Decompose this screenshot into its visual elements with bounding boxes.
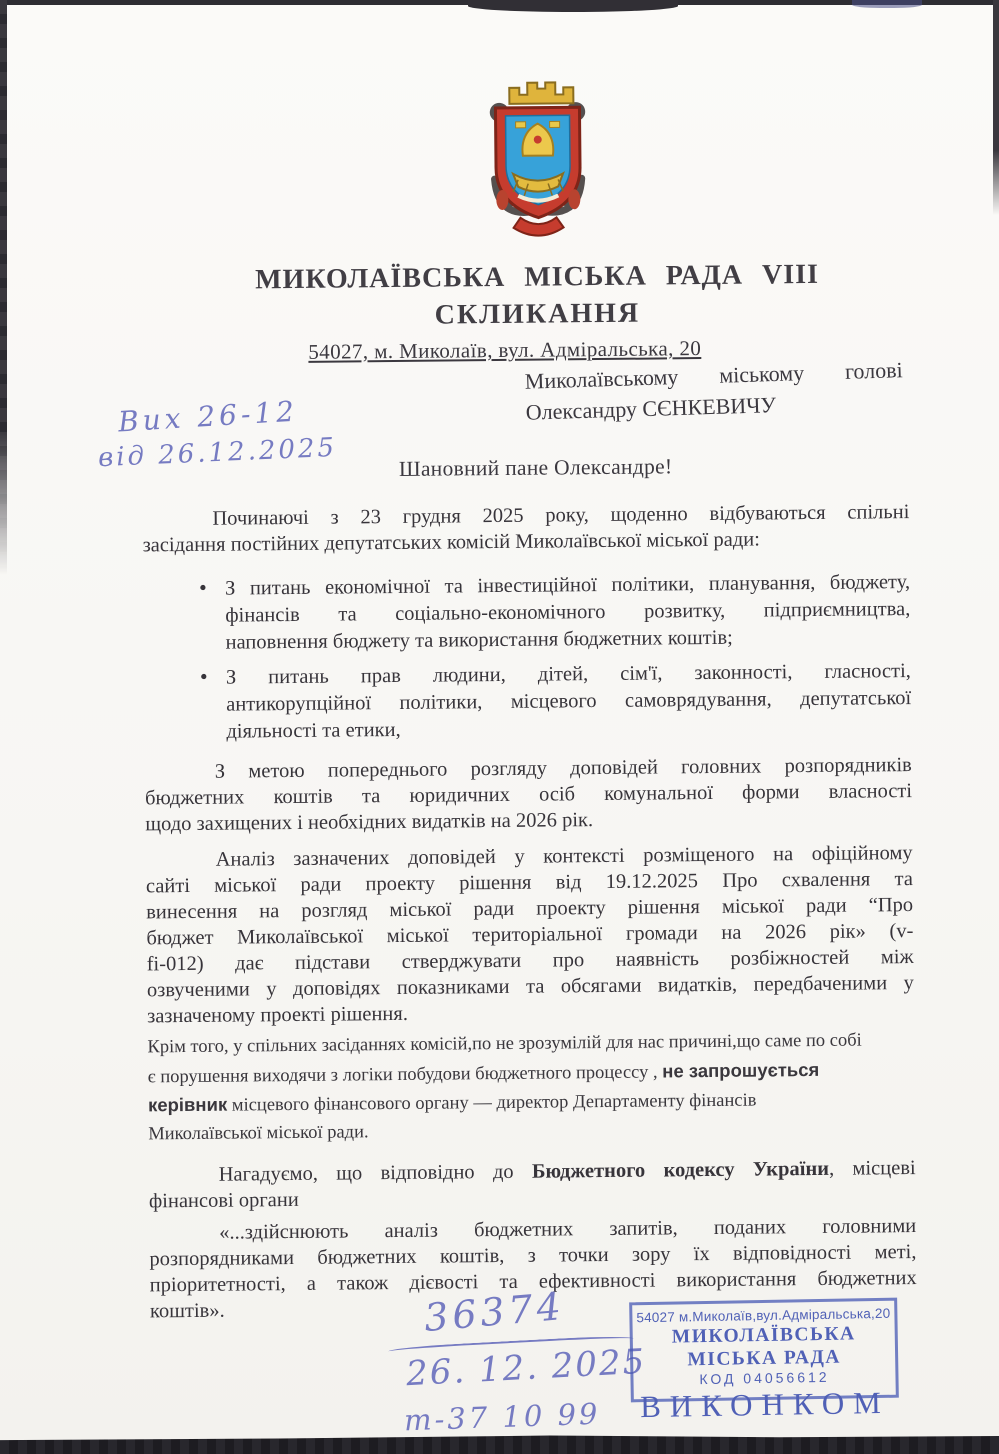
photo-edge-shadow bbox=[852, 0, 922, 8]
paragraph-reminder: Нагадуємо, що відповідно до Бюджетного к… bbox=[149, 1155, 916, 1214]
photo-edge-left bbox=[0, 0, 7, 575]
handwritten-phone-number: т-37 10 99 bbox=[403, 1397, 601, 1438]
letterhead: МИКОЛАЇВСЬКА МІСЬКА РАДА VIII СКЛИКАННЯ … bbox=[78, 255, 997, 367]
mykolaiv-coat-of-arms-icon bbox=[457, 69, 619, 243]
paragraph-complaint: Крім того, у спільних засіданнях комісій… bbox=[147, 1027, 915, 1148]
bullet-icon: • bbox=[200, 663, 208, 690]
bullet-icon: • bbox=[199, 574, 207, 601]
printed-letter: МИКОЛАЇВСЬКА МІСЬКА РАДА VIII СКЛИКАННЯ … bbox=[0, 0, 999, 1454]
letter-body: Починаючі з 23 грудня 2025 року, щоденно… bbox=[142, 499, 917, 1324]
bullet-item-2: • З питань прав людини, дітей, сім'ї, за… bbox=[144, 658, 912, 746]
stamp-title: ВИКОНКОМ bbox=[634, 1385, 897, 1426]
photo-edge-right bbox=[993, 0, 999, 215]
photo-edge-shadow bbox=[468, 0, 678, 12]
vykonkom-stamp: 54027 м.Миколаїв,вул.Адміральська,20 МИК… bbox=[629, 1298, 899, 1403]
paragraph-analysis: Аналіз зазначених доповідей у контексті … bbox=[146, 840, 915, 1029]
salutation: Шановний пане Олександре! bbox=[399, 454, 673, 482]
paragraph-intro: Починаючі з 23 грудня 2025 року, щоденно… bbox=[142, 499, 909, 558]
stamp-org-name: МИКОЛАЇВСЬКА МІСЬКА РАДА bbox=[633, 1322, 896, 1373]
scanned-letter-photo: МИКОЛАЇВСЬКА МІСЬКА РАДА VIII СКЛИКАННЯ … bbox=[0, 0, 999, 1454]
org-address: 54027, м. Миколаїв, вул. Адміральська, 2… bbox=[308, 336, 701, 365]
bullet-list: • З питань економічної та інвестиційної … bbox=[143, 569, 912, 746]
bullet-item-1: • З питань економічної та інвестиційної … bbox=[143, 569, 911, 657]
recipient-block: Миколаївському міському головіОлександру… bbox=[524, 354, 904, 428]
paragraph-purpose: З метою попереднього розгляду доповідей … bbox=[145, 752, 913, 837]
